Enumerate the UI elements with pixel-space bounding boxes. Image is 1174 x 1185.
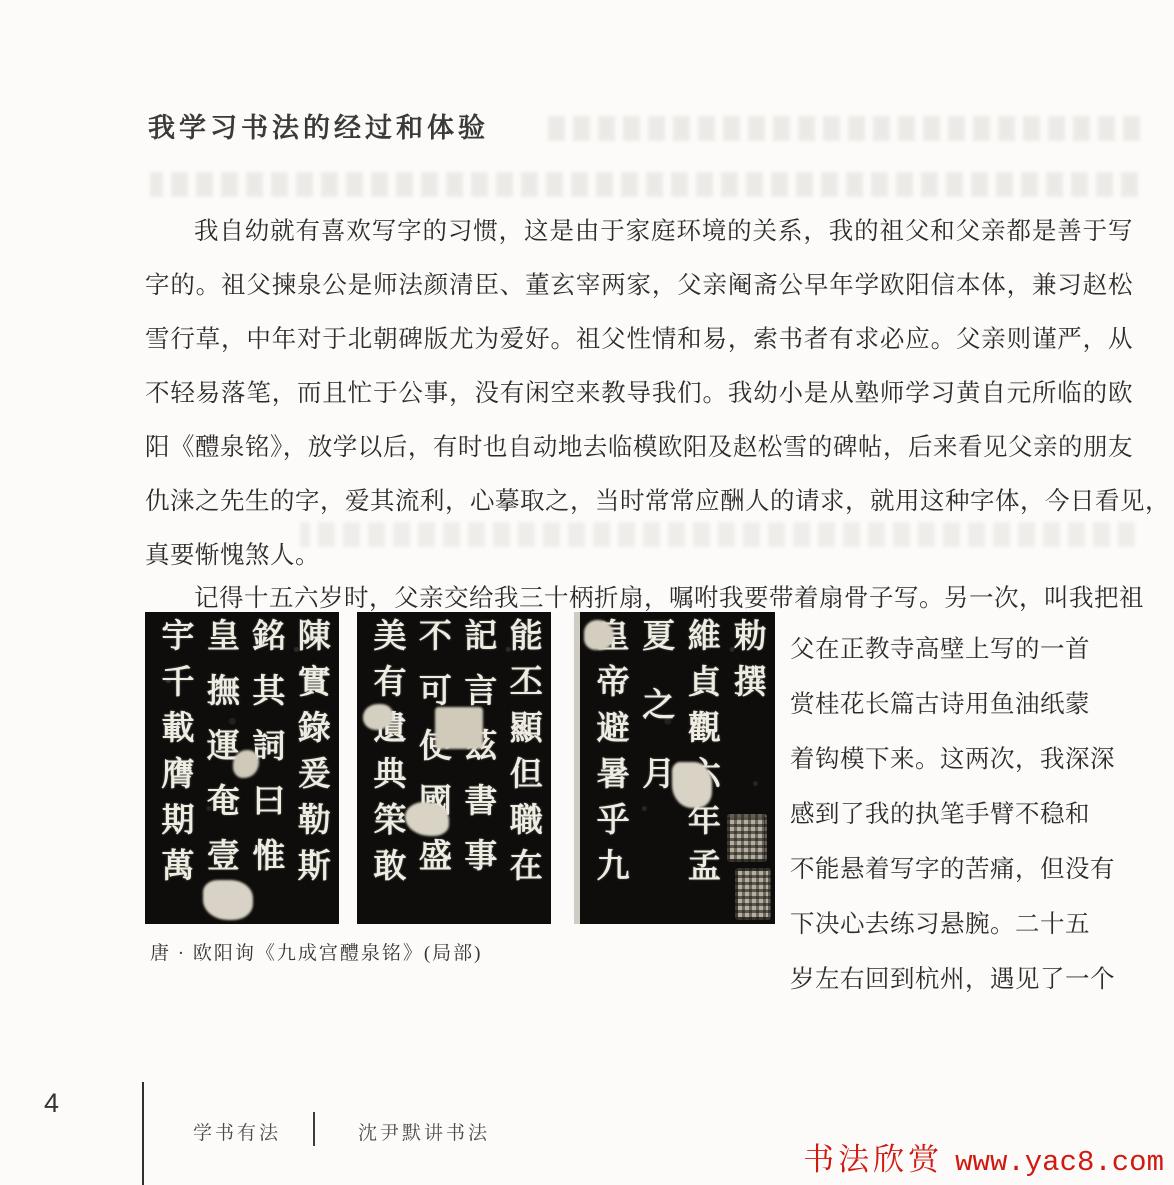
rubbing-column: 宇千載膺期萬 bbox=[153, 618, 194, 918]
side-line: 不能悬着写字的苦痛，但没有 bbox=[790, 842, 1138, 897]
page-number: 4 bbox=[44, 1088, 59, 1119]
footer-divider bbox=[142, 1082, 144, 1185]
stain bbox=[203, 880, 253, 920]
body-line: 不轻易落笔，而且忙于公事，没有闲空来教导我们。我幼小是从塾师学习黄自元所临的欧 bbox=[145, 367, 1133, 421]
rubbing-column: 記言茲書事 bbox=[456, 618, 497, 918]
stain bbox=[435, 707, 483, 749]
body-line: 字的。祖父揀泉公是师法颜清臣、董玄宰两家，父亲阉斋公早年学欧阳信本体，兼习赵松 bbox=[145, 259, 1133, 313]
rubbing-column: 夏之月 bbox=[634, 618, 675, 918]
chapter-title: 我学习书法的经过和体验 bbox=[148, 106, 489, 145]
watermark: 书法欣赏www.yac8.com bbox=[803, 1134, 1164, 1179]
rubbing-plate-3: 勅撰 維貞觀六年孟 夏之月 皇帝避暑乎九 bbox=[574, 612, 775, 924]
stain bbox=[672, 762, 712, 808]
footer-book-title: 沈尹默讲书法 bbox=[358, 1118, 490, 1145]
seal-stamp bbox=[735, 868, 771, 920]
seal-stamp bbox=[727, 814, 767, 862]
side-line: 父在正教寺高壁上写的一首 bbox=[790, 622, 1138, 677]
page: { "page": { "title": "我学习书法的经过和体验", "bod… bbox=[0, 0, 1174, 1185]
body-line: 雪行草，中年对于北朝碑版尤为爱好。祖父性情和易，索书者有求必应。父亲则谨严，从 bbox=[145, 313, 1133, 367]
rubbing-column: 能丕顯但職在 bbox=[502, 618, 543, 918]
footer-mini-divider bbox=[313, 1112, 315, 1146]
bleedthrough-text bbox=[150, 172, 1138, 197]
rubbing-column: 皇帝避暑乎九 bbox=[588, 618, 629, 918]
rubbing-column: 陳實錄爰勒斯 bbox=[290, 618, 331, 918]
rubbing-plate-1: 陳實錄爰勒斯 銘其詞曰惟 皇撫運奄壹 宇千載膺期萬 bbox=[145, 612, 339, 924]
side-line: 岁左右回到杭州，遇见了一个 bbox=[790, 952, 1138, 1007]
rubbing-plate-2: 能丕顯但職在 記言茲書事 不可使國盛 美有遺典筞敢 bbox=[357, 612, 551, 924]
side-line: 赏桂花长篇古诗用鱼油纸蒙 bbox=[790, 677, 1138, 732]
rubbing-column: 不可使國盛 bbox=[411, 618, 452, 918]
body-line: 我自幼就有喜欢写字的习惯，这是由于家庭环境的关系，我的祖父和父亲都是善于写 bbox=[145, 205, 1133, 259]
watermark-site-url: www.yac8.com bbox=[955, 1146, 1164, 1179]
watermark-site-name: 书法欣赏 bbox=[803, 1142, 943, 1177]
side-line: 感到了我的执笔手臂不稳和 bbox=[790, 787, 1138, 842]
footer-series-title: 学书有法 bbox=[193, 1118, 281, 1145]
side-line: 下决心去练习悬腕。二十五 bbox=[790, 897, 1138, 952]
figure-caption: 唐 · 欧阳询《九成宫醴泉铭》(局部) bbox=[150, 938, 482, 965]
body-line: 仇涞之先生的字，爱其流利，心摹取之，当时常常应酬人的请求，就用这种字体，今日看见… bbox=[145, 475, 1133, 529]
rubbing-column: 美有遺典筞敢 bbox=[365, 618, 406, 918]
body-line: 阳《醴泉铭》，放学以后，有时也自动地去临模欧阳及赵松雪的碑帖，后来看见父亲的朋友 bbox=[145, 421, 1133, 475]
stain bbox=[584, 620, 614, 650]
bleedthrough-text bbox=[540, 116, 1140, 141]
side-line: 着钩模下来。这两次，我深深 bbox=[790, 732, 1138, 787]
